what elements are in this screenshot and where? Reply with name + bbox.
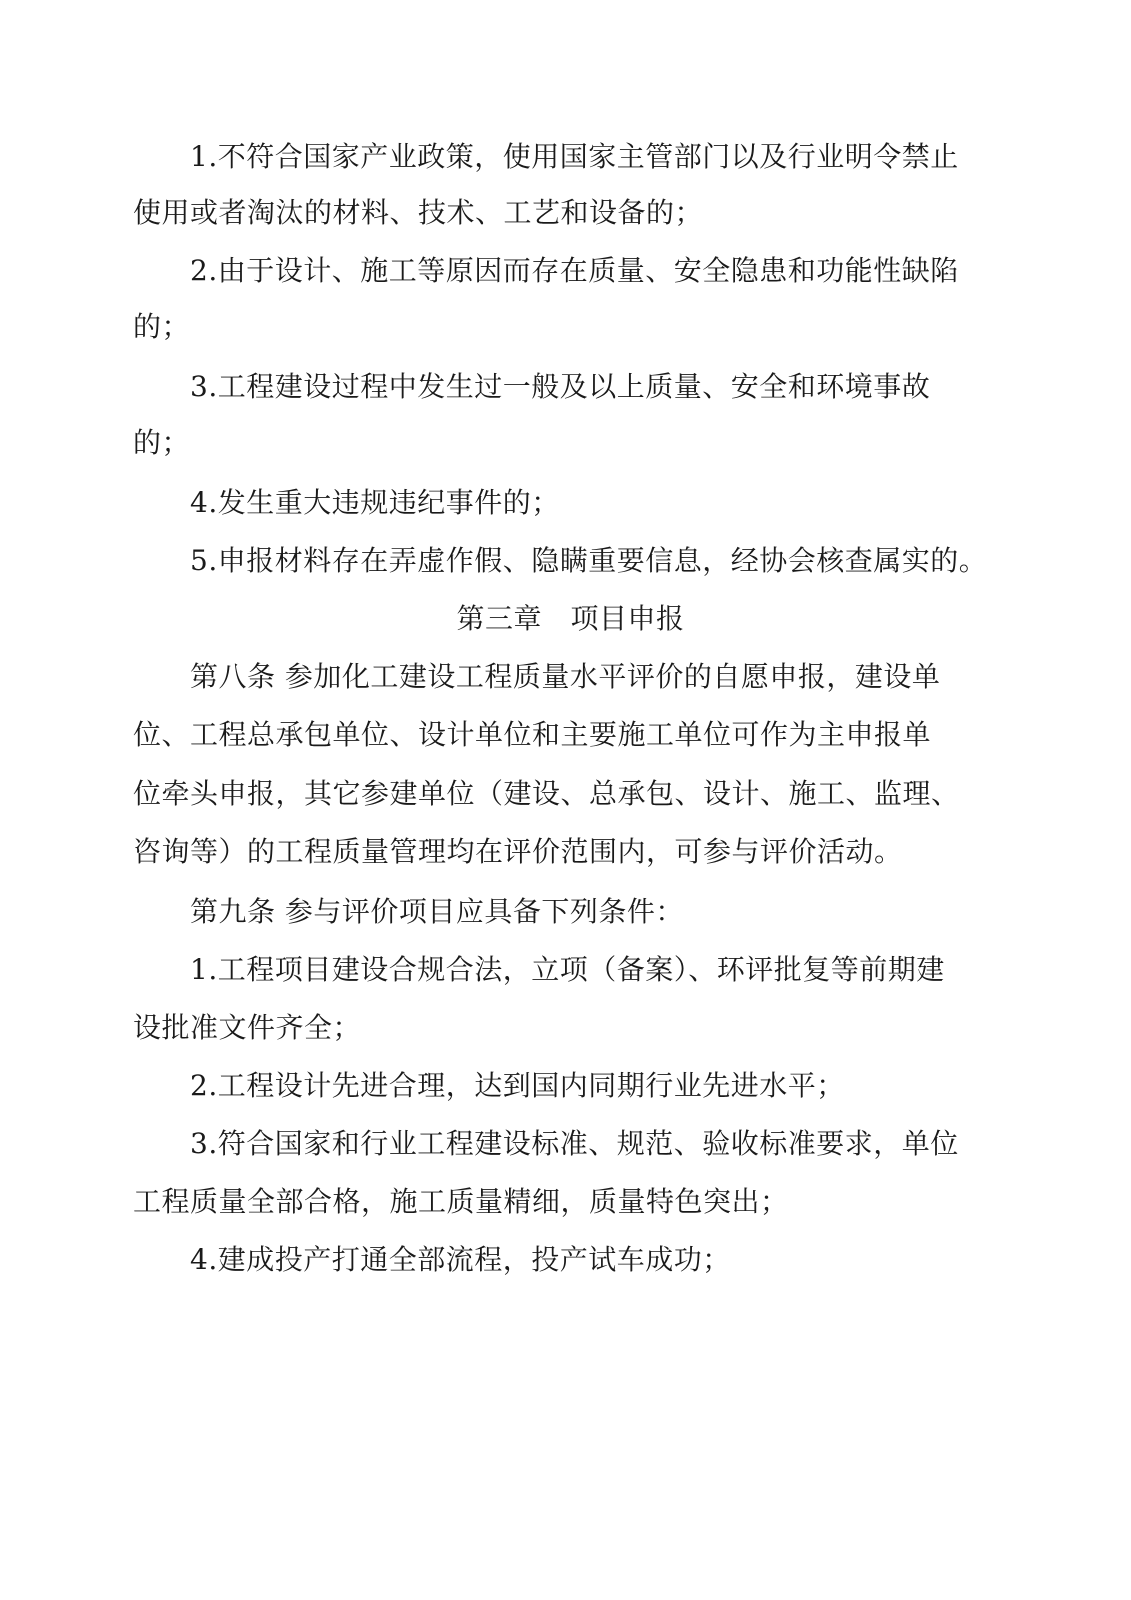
list-item-1-line-2: 使用或者淘汰的材料、技术、工艺和设备的； — [133, 193, 978, 233]
document-page: 1.不符合国家产业政策，使用国家主管部门以及行业明令禁止 使用或者淘汰的材料、技… — [0, 0, 1131, 1600]
chapter-heading: 第三章 项目申报 — [0, 599, 1131, 639]
list-item-3-line-2: 的； — [133, 423, 978, 463]
condition-4: 4.建成投产打通全部流程，投产试车成功； — [190, 1240, 978, 1280]
list-item-4: 4.发生重大违规违纪事件的； — [190, 483, 978, 523]
condition-1-line-2: 设批准文件齐全； — [133, 1008, 978, 1048]
condition-2: 2.工程设计先进合理，达到国内同期行业先进水平； — [190, 1066, 978, 1106]
condition-3-line-1: 3.符合国家和行业工程建设标准、规范、验收标准要求，单位 — [190, 1124, 978, 1164]
condition-1-line-1: 1.工程项目建设合规合法，立项（备案）、环评批复等前期建 — [190, 950, 978, 990]
list-item-2-line-2: 的； — [133, 307, 978, 347]
condition-3-line-2: 工程质量全部合格，施工质量精细，质量特色突出； — [133, 1182, 978, 1222]
list-item-1-line-1: 1.不符合国家产业政策，使用国家主管部门以及行业明令禁止 — [190, 137, 978, 177]
article-8-line-2: 位、工程总承包单位、设计单位和主要施工单位可作为主申报单 — [133, 715, 978, 755]
list-item-2-line-1: 2.由于设计、施工等原因而存在质量、安全隐患和功能性缺陷 — [190, 251, 978, 291]
list-item-5: 5.申报材料存在弄虚作假、隐瞒重要信息，经协会核查属实的。 — [190, 541, 978, 581]
list-item-3-line-1: 3.工程建设过程中发生过一般及以上质量、安全和环境事故 — [190, 367, 978, 407]
article-8-line-4: 咨询等）的工程质量管理均在评价范围内，可参与评价活动。 — [133, 832, 978, 872]
article-8-line-1: 第八条 参加化工建设工程质量水平评价的自愿申报，建设单 — [190, 657, 978, 697]
article-8-line-3: 位牵头申报，其它参建单位（建设、总承包、设计、施工、监理、 — [133, 774, 978, 814]
article-9-heading: 第九条 参与评价项目应具备下列条件： — [190, 892, 978, 932]
